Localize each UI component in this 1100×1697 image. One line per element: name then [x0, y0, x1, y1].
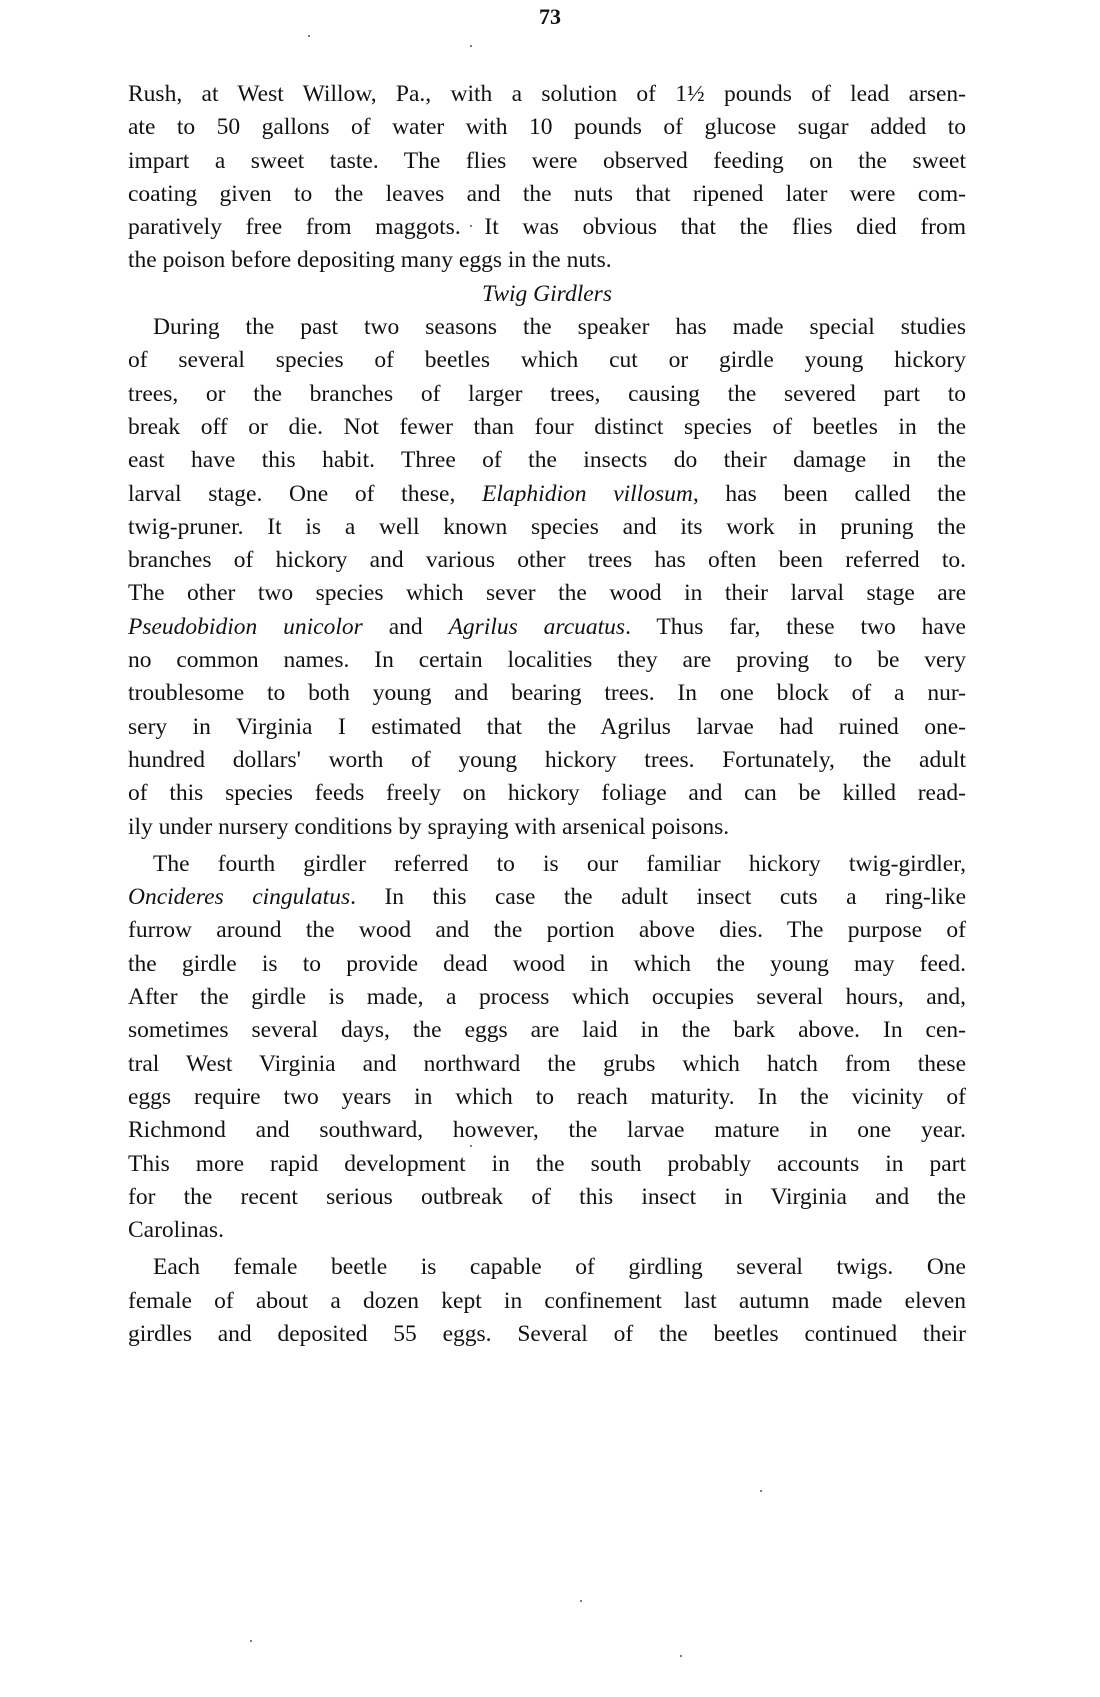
- scan-speck: [308, 35, 310, 37]
- text-line: trees, or the branches of larger trees, …: [128, 378, 966, 411]
- paragraph-1: Rush, at West Willow, Pa., with a soluti…: [128, 78, 966, 278]
- text-line: larval stage. One of these, Elaphidion v…: [128, 478, 966, 511]
- text-line: Oncideres cingulatus. In this case the a…: [128, 881, 966, 914]
- text-line: impart a sweet taste. The flies were obs…: [128, 145, 966, 178]
- text-line: branches of hickory and various other tr…: [128, 544, 966, 577]
- scan-speck: [470, 1145, 472, 1147]
- text-line: paratively free from maggots. It was obv…: [128, 211, 966, 244]
- text-line: for the recent serious outbreak of this …: [128, 1181, 966, 1214]
- text-line: Each female beetle is capable of girdlin…: [128, 1251, 966, 1284]
- text-line: hundred dollars' worth of young hickory …: [128, 744, 966, 777]
- text-line: break off or die. Not fewer than four di…: [128, 411, 966, 444]
- text-line: ate to 50 gallons of water with 10 pound…: [128, 111, 966, 144]
- text-line: troublesome to both young and bearing tr…: [128, 677, 966, 710]
- document-body: Rush, at West Willow, Pa., with a soluti…: [128, 78, 966, 1351]
- text-line: Pseudobidion unicolor and Agrilus arcuat…: [128, 611, 966, 644]
- text-line: east have this habit. Three of the insec…: [128, 444, 966, 477]
- paragraph-4: Each female beetle is capable of girdlin…: [128, 1251, 966, 1351]
- text-line: furrow around the wood and the portion a…: [128, 914, 966, 947]
- text-line: female of about a dozen kept in confinem…: [128, 1285, 966, 1318]
- text-line: Carolinas.: [128, 1214, 966, 1247]
- scan-speck: [470, 45, 472, 47]
- page-number: 73: [0, 4, 1100, 30]
- text-line: This more rapid development in the south…: [128, 1148, 966, 1181]
- scan-speck: [680, 1655, 682, 1657]
- scan-speck: [760, 1490, 762, 1492]
- text-line: coating given to the leaves and the nuts…: [128, 178, 966, 211]
- text-line: The other two species which sever the wo…: [128, 577, 966, 610]
- text-line: Rush, at West Willow, Pa., with a soluti…: [128, 78, 966, 111]
- text-line: Richmond and southward, however, the lar…: [128, 1114, 966, 1147]
- text-line: no common names. In certain localities t…: [128, 644, 966, 677]
- text-line: After the girdle is made, a process whic…: [128, 981, 966, 1014]
- paragraph-3: The fourth girdler referred to is our fa…: [128, 848, 966, 1248]
- text-line: sometimes several days, the eggs are lai…: [128, 1014, 966, 1047]
- text-line: of this species feeds freely on hickory …: [128, 777, 966, 810]
- text-line: girdles and deposited 55 eggs. Several o…: [128, 1318, 966, 1351]
- text-line: The fourth girdler referred to is our fa…: [128, 848, 966, 881]
- text-line: sery in Virginia I estimated that the Ag…: [128, 711, 966, 744]
- scan-speck: [580, 1600, 582, 1602]
- section-heading: Twig Girdlers: [128, 278, 966, 311]
- text-line: twig-pruner. It is a well known species …: [128, 511, 966, 544]
- text-line: ily under nursery conditions by spraying…: [128, 811, 966, 844]
- text-line: During the past two seasons the speaker …: [128, 311, 966, 344]
- paragraph-2: During the past two seasons the speaker …: [128, 311, 966, 844]
- text-line: tral West Virginia and northward the gru…: [128, 1048, 966, 1081]
- scan-speck: [470, 225, 472, 227]
- text-line: eggs require two years in which to reach…: [128, 1081, 966, 1114]
- text-line: the poison before depositing many eggs i…: [128, 244, 966, 277]
- text-line: of several species of beetles which cut …: [128, 344, 966, 377]
- scan-speck: [250, 1640, 252, 1642]
- text-line: the girdle is to provide dead wood in wh…: [128, 948, 966, 981]
